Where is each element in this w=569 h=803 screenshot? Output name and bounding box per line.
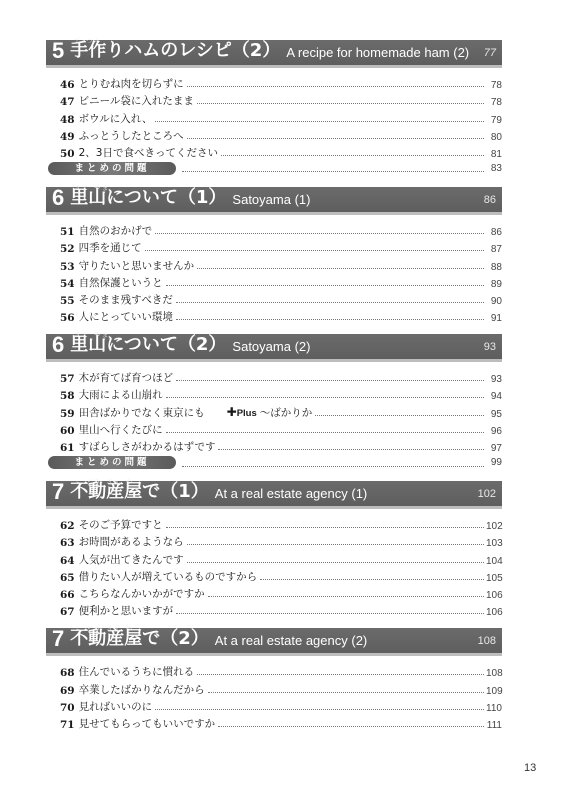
entry-title: 里山へ行くたびに [79,422,163,437]
toc-entry[interactable]: 48ボウルに入れ、79 [46,108,502,125]
entry-page: 83 [486,163,502,174]
entry-title: 住んでいるうちに慣れる [79,664,195,679]
toc-entry[interactable]: 56人にとっていい環境91 [46,307,502,324]
plus-note: ✚Plus～ばかりか [227,405,313,420]
toc-entry[interactable]: 51自然のおかげで86 [46,221,502,238]
section-title-en: Satoyama (2) [232,339,310,355]
entry-title: 人にとっていい環境 [79,309,173,324]
entry-title: 自然保護というと [79,275,163,290]
entry-number: 70 [60,702,75,714]
entry-number: 69 [60,685,75,697]
review-badge: まとめの問題 [48,456,176,469]
entry-title: 自然のおかげで [79,223,153,238]
leader-dots [260,579,484,580]
leader-dots [155,709,484,710]
entry-number: 56 [60,312,75,324]
toc-entry[interactable]: 59田舎ばかりでなく東京にも✚Plus～ばかりか95 [46,402,502,419]
leader-dots [187,562,484,563]
entry-number: 71 [60,719,75,731]
section-page: 86 [484,193,496,207]
section-page: 108 [478,634,496,648]
entry-title: 見ればいいのに [79,699,153,714]
toc-entry[interactable]: 60里山へ行くたびに96 [46,420,502,437]
entry-title: とりむね肉を切らずに [79,76,184,91]
entry-page: 106 [486,590,502,601]
unit-number: 7 [52,628,64,650]
entry-page: 110 [486,703,502,714]
section-title-en: At a real estate agency (1) [215,486,367,502]
entry-number: 63 [60,537,75,549]
entry-number: 51 [60,226,75,238]
plus-text: ～ばかりか [260,407,313,419]
unit-number: 6 [52,334,64,356]
leader-dots [176,319,484,320]
entry-number: 52 [60,243,75,255]
unit-number: 5 [52,40,64,62]
entry-page: 88 [486,262,502,273]
review-badge: まとめの問題 [48,162,176,175]
entry-title: そのご予算ですと [79,517,163,532]
entry-page: 95 [486,409,502,420]
entry-title: こちらなんかいかがですか [79,586,205,601]
leader-dots [176,613,484,614]
section-title-jp: さと やま里山について（1） [70,187,226,209]
leader-dots [187,138,484,139]
entry-page: 81 [486,149,502,160]
section-page: 93 [484,340,496,354]
toc-section: 6 さと やま里山について（1） Satoyama (1) 86 51自然のおか… [46,187,502,324]
entry-page: 78 [486,97,502,108]
leader-dots [166,397,484,398]
entry-page: 80 [486,132,502,143]
entry-number: 66 [60,589,75,601]
toc-entry[interactable]: 66こちらなんかいかがですか106 [46,584,502,601]
entry-title: ボウルに入れ、 [79,111,153,126]
section-page: 77 [484,46,496,60]
entry-number: 65 [60,572,75,584]
toc-entry[interactable]: 65借りたい人が増えているものですから105 [46,567,502,584]
table-of-contents: 5 て づく手作りハムのレシピ（2） A recipe for homemade… [46,40,502,741]
leader-dots [176,302,484,303]
leader-dots [166,527,484,528]
unit-number: 7 [52,481,64,503]
entry-title: 田舎ばかりでなく東京にも [79,405,205,420]
entry-number: 53 [60,261,75,273]
toc-entry[interactable]: 68住んでいるうちに慣れる108 [46,662,502,679]
leader-dots [155,121,484,122]
furigana: さと やま [74,178,110,200]
section-title-jp: ふ どう さん や不動産屋で（2） [70,628,209,650]
entry-number: 47 [60,96,75,108]
entry-title: 便利かと思いますが [79,603,174,618]
entry-page: 108 [486,668,502,679]
toc-entry[interactable]: 64人気が出てきたんです104 [46,549,502,566]
leader-dots [197,103,484,104]
entry-page: 87 [486,244,502,255]
plus-icon: ✚ [227,405,237,419]
entry-title: 借りたい人が増えているものですから [79,569,258,584]
entry-page: 93 [486,374,502,385]
toc-entry[interactable]: 63お時間があるようなら103 [46,532,502,549]
entry-title: 人気が出てきたんです [79,552,184,567]
toc-entry[interactable]: 46とりむね肉を切らずに78 [46,74,502,91]
entry-page: 79 [486,115,502,126]
entry-page: 90 [486,296,502,307]
entry-page: 109 [486,686,502,697]
entry-number: 49 [60,131,75,143]
toc-section: 6 さと やま里山について（2） Satoyama (2) 93 57木が育てば… [46,334,502,471]
entry-title: 四季を通じて [79,240,142,255]
entry-number: 64 [60,555,75,567]
section-header[interactable]: 6 さと やま里山について（2） Satoyama (2) 93 [46,334,502,362]
entry-page: 99 [486,457,502,468]
toc-section: 7 ふ どう さん や不動産屋で（1） At a real estate age… [46,481,502,618]
toc-entry[interactable]: 502、3日で食べきってください81 [46,143,502,160]
section-title-en: Satoyama (1) [232,192,310,208]
entry-title: 卒業したばかりなんだから [79,682,205,697]
entry-number: 54 [60,278,75,290]
toc-entry[interactable]: 58大雨による山崩れ94 [46,385,502,402]
plus-label: Plus [237,408,257,419]
section-page: 102 [478,487,496,501]
entry-number: 57 [60,373,75,385]
leader-dots [197,674,484,675]
toc-entry[interactable]: 52四季を通じて87 [46,238,502,255]
entry-page: 105 [486,573,502,584]
section-title-jp: ふ どう さん や不動産屋で（1） [70,481,209,503]
section-title-jp: て づく手作りハムのレシピ（2） [70,40,280,62]
entry-number: 68 [60,667,75,679]
entry-page: 86 [486,227,502,238]
leader-dots [315,415,484,416]
section-header[interactable]: 5 て づく手作りハムのレシピ（2） A recipe for homemade… [46,40,502,68]
leader-dots [208,692,484,693]
entry-number: 61 [60,442,75,454]
furigana: さと やま [74,325,110,347]
entry-page: 106 [486,607,502,618]
leader-dots [182,459,484,467]
toc-entry[interactable]: 54自然保護というと89 [46,273,502,290]
toc-entry[interactable]: 71見せてもらってもいいですか111 [46,714,502,731]
section-header[interactable]: 7 ふ どう さん や不動産屋で（2） At a real estate age… [46,628,502,656]
leader-dots [197,268,484,269]
entry-page: 97 [486,443,502,454]
entry-number: 48 [60,114,75,126]
toc-entry[interactable]: 53守りたいと思いませんか88 [46,255,502,272]
entry-title: 守りたいと思いませんか [79,258,195,273]
leader-dots [187,544,484,545]
leader-dots [155,233,484,234]
leader-dots [166,285,484,286]
section-header[interactable]: 7 ふ どう さん や不動産屋で（1） At a real estate age… [46,481,502,509]
toc-entry[interactable]: 47ビニール袋に入れたまま78 [46,91,502,108]
review-entry[interactable]: まとめの問題83 [46,160,502,177]
entry-page: 91 [486,313,502,324]
section-title-en: At a real estate agency (2) [215,633,367,649]
entry-title: そのまま残すべきだ [79,292,173,307]
entry-number: 59 [60,408,75,420]
toc-entry[interactable]: 67便利かと思いますが106 [46,601,502,618]
toc-entry[interactable]: 57木が育てば育つほど93 [46,368,502,385]
entry-title: ふっとうしたところへ [79,128,184,143]
toc-entry[interactable]: 55そのまま残すべきだ90 [46,290,502,307]
entry-page: 94 [486,391,502,402]
furigana: ふ どう さん や [74,472,134,494]
toc-entry[interactable]: 62そのご予算ですと102 [46,515,502,532]
leader-dots [166,432,484,433]
entry-number: 67 [60,606,75,618]
entry-page: 96 [486,426,502,437]
entry-number: 46 [60,79,75,91]
toc-section: 5 て づく手作りハムのレシピ（2） A recipe for homemade… [46,40,502,177]
section-title-jp: さと やま里山について（2） [70,334,226,356]
furigana: ふ どう さん や [74,619,134,641]
toc-section: 7 ふ どう さん や不動産屋で（2） At a real estate age… [46,628,502,731]
unit-number: 6 [52,187,64,209]
entry-page: 89 [486,279,502,290]
leader-dots [221,155,484,156]
furigana: て づく [74,31,102,53]
entry-number: 60 [60,425,75,437]
leader-dots [187,86,484,87]
entry-number: 58 [60,390,75,402]
entry-page: 103 [486,538,502,549]
toc-entry[interactable]: 70見ればいいのに110 [46,697,502,714]
leader-dots [145,250,484,251]
toc-entry[interactable]: 61すばらしさがわかるはずです97 [46,437,502,454]
entry-title: すばらしさがわかるはずです [79,439,216,454]
entry-number: 55 [60,295,75,307]
entry-page: 78 [486,80,502,91]
entry-title: ビニール袋に入れたまま [79,93,194,108]
entry-title: 木が育てば育つほど [79,370,174,385]
leader-dots [208,596,484,597]
review-entry[interactable]: まとめの問題99 [46,454,502,471]
leader-dots [182,164,484,172]
leader-dots [176,380,484,381]
toc-entry[interactable]: 69卒業したばかりなんだから109 [46,679,502,696]
page-number: 13 [524,762,536,774]
leader-dots [218,449,484,450]
leader-dots [218,726,484,727]
entry-title: 見せてもらってもいいですか [79,716,216,731]
entry-page: 111 [486,720,502,731]
entry-title: 大雨による山崩れ [79,387,163,402]
toc-entry[interactable]: 49ふっとうしたところへ80 [46,126,502,143]
entry-page: 102 [486,521,502,532]
entry-title: お時間があるようなら [79,534,184,549]
entry-title: 2、3日で食べきってください [79,145,218,160]
entry-page: 104 [486,556,502,567]
section-title-en: A recipe for homemade ham (2) [286,45,469,61]
entry-number: 62 [60,520,75,532]
section-header[interactable]: 6 さと やま里山について（1） Satoyama (1) 86 [46,187,502,215]
entry-number: 50 [60,148,75,160]
